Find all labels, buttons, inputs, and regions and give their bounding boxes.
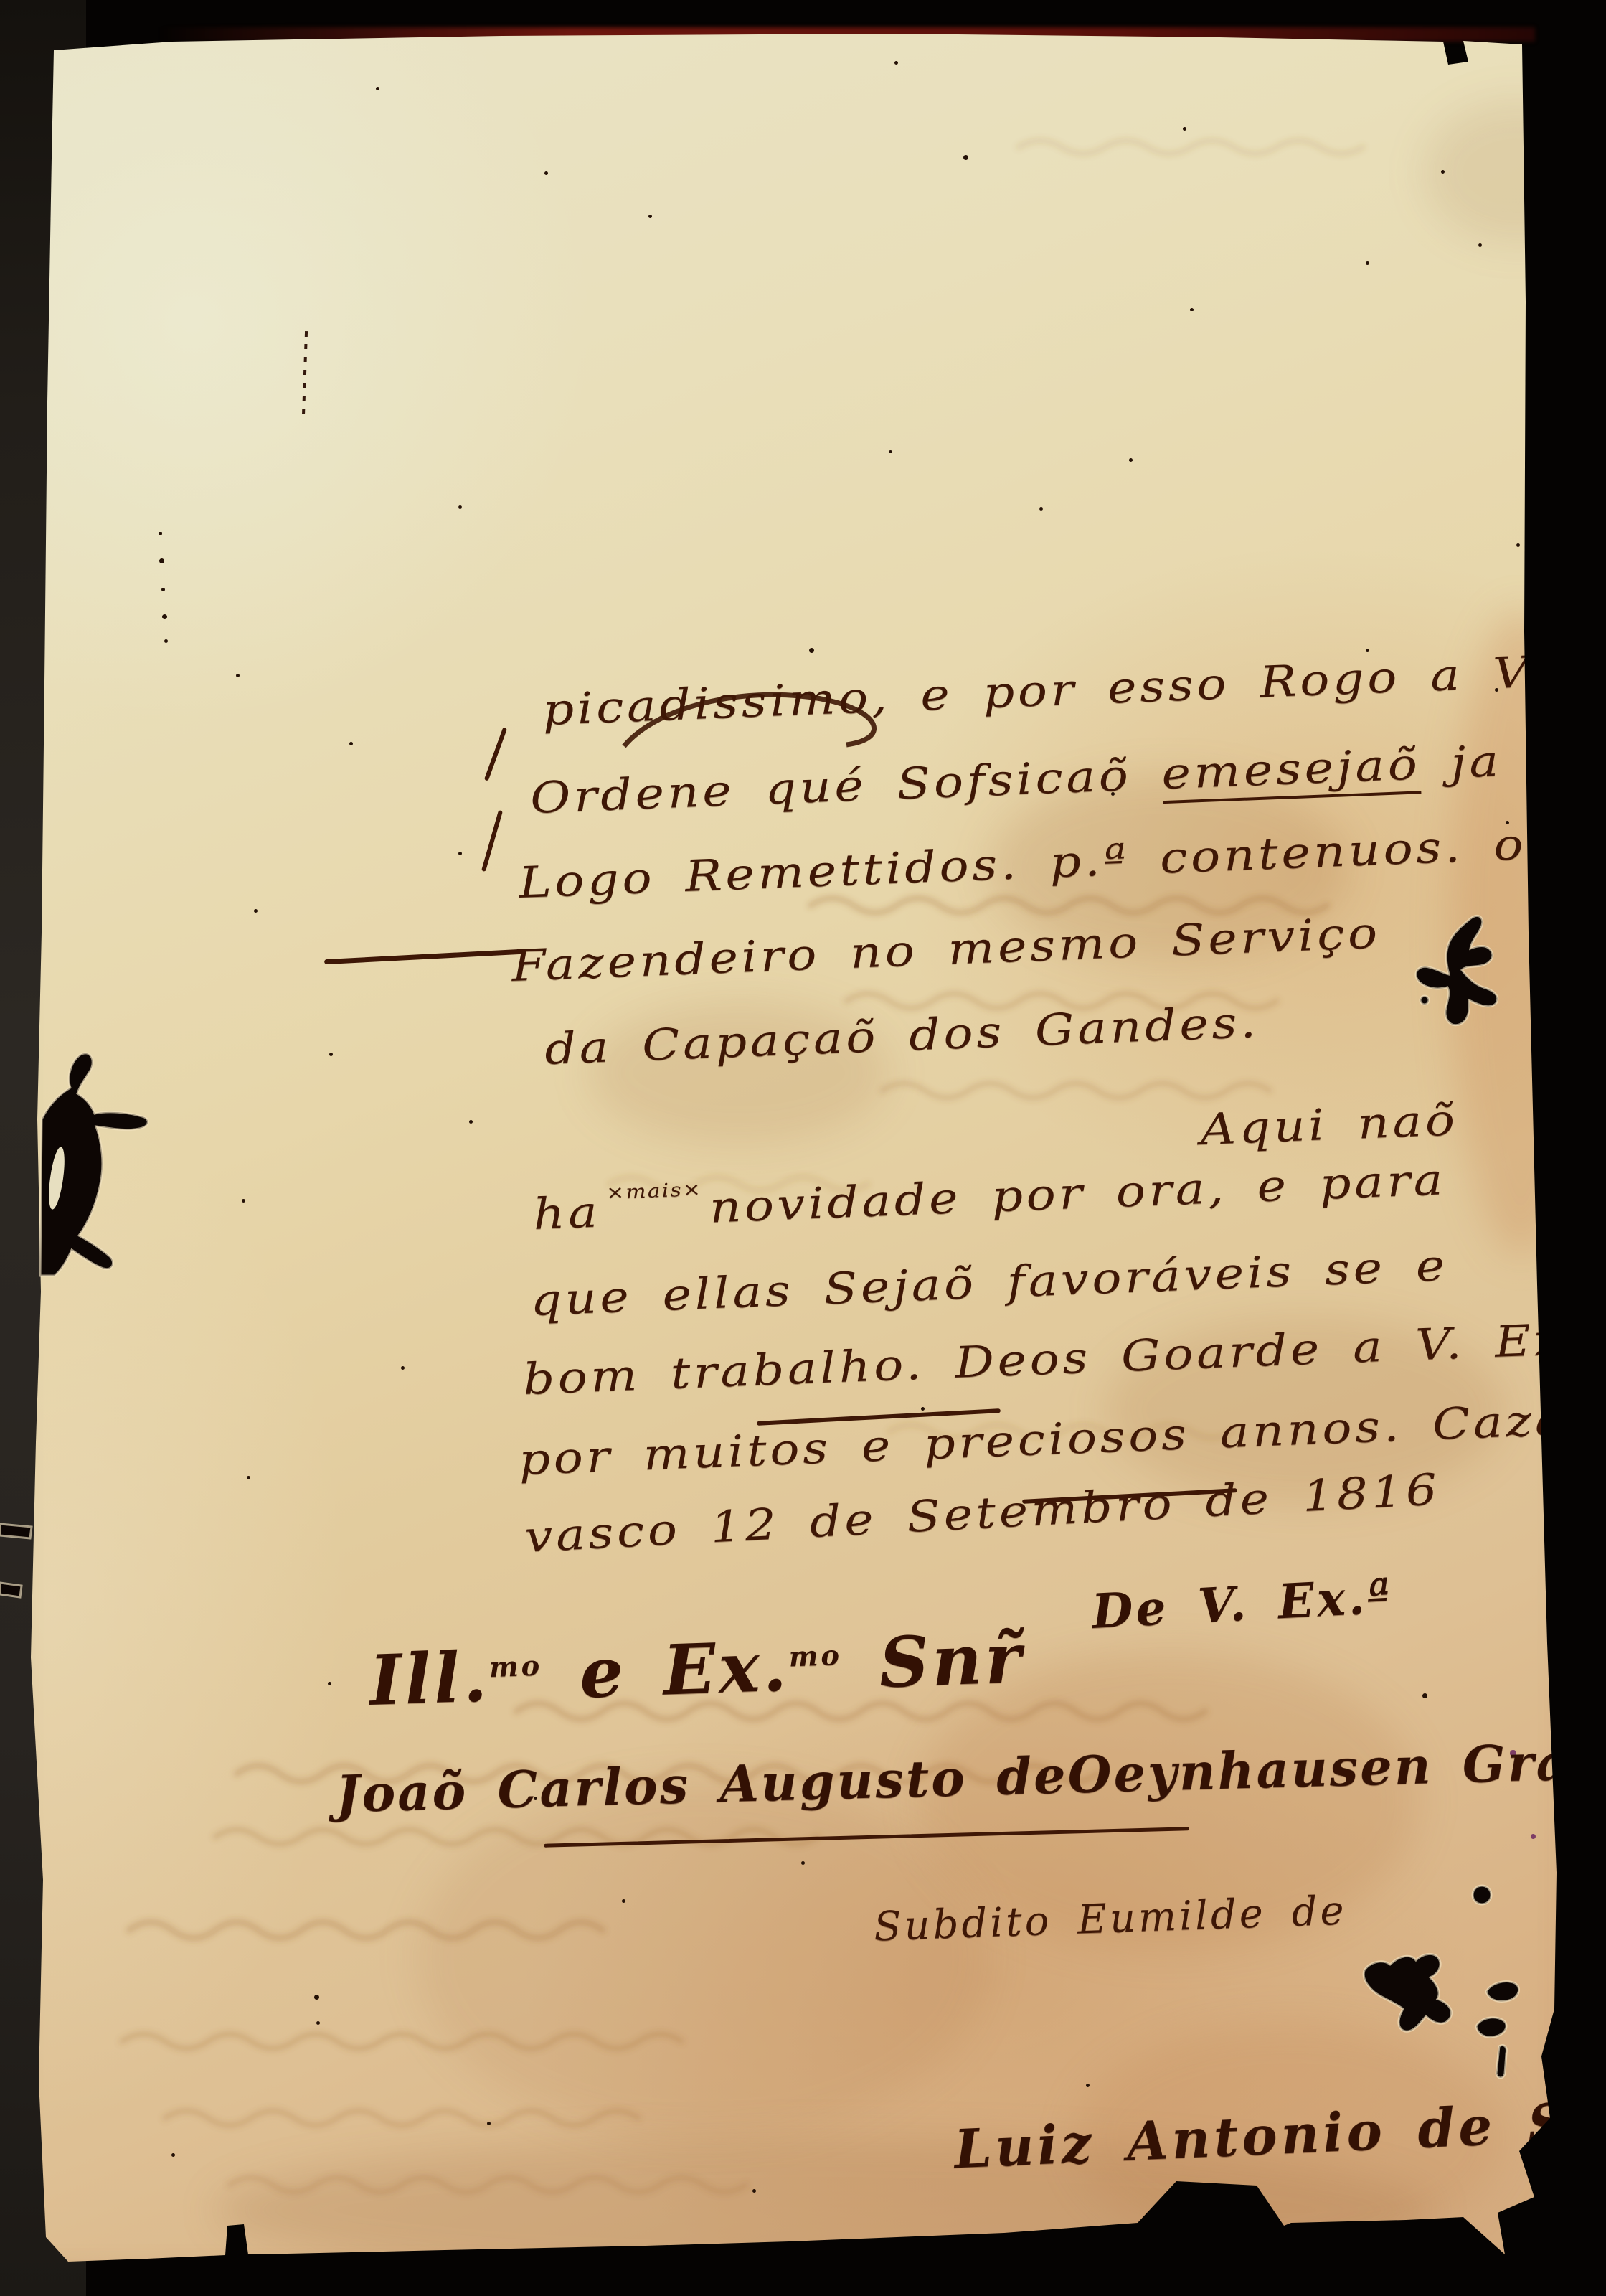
scanned-manuscript-photo: picadissimo, e por esso Rogo a V. Ex.ª O… [0,0,1606,2296]
flourish-loop [624,695,874,746]
right-edge-ink-blot [1416,916,1498,1025]
ink-dot [1473,1886,1491,1904]
ink-droplet [1486,1982,1519,2002]
bottom-right-ink-splash [1364,1954,1451,2031]
ink-dot [1420,996,1429,1004]
ink-blots-layer [0,0,1606,2296]
left-edge-mark [0,1583,22,1597]
ink-dash [1496,2045,1506,2078]
ink-droplet [1476,2018,1506,2037]
left-edge-mark [0,1524,32,1538]
